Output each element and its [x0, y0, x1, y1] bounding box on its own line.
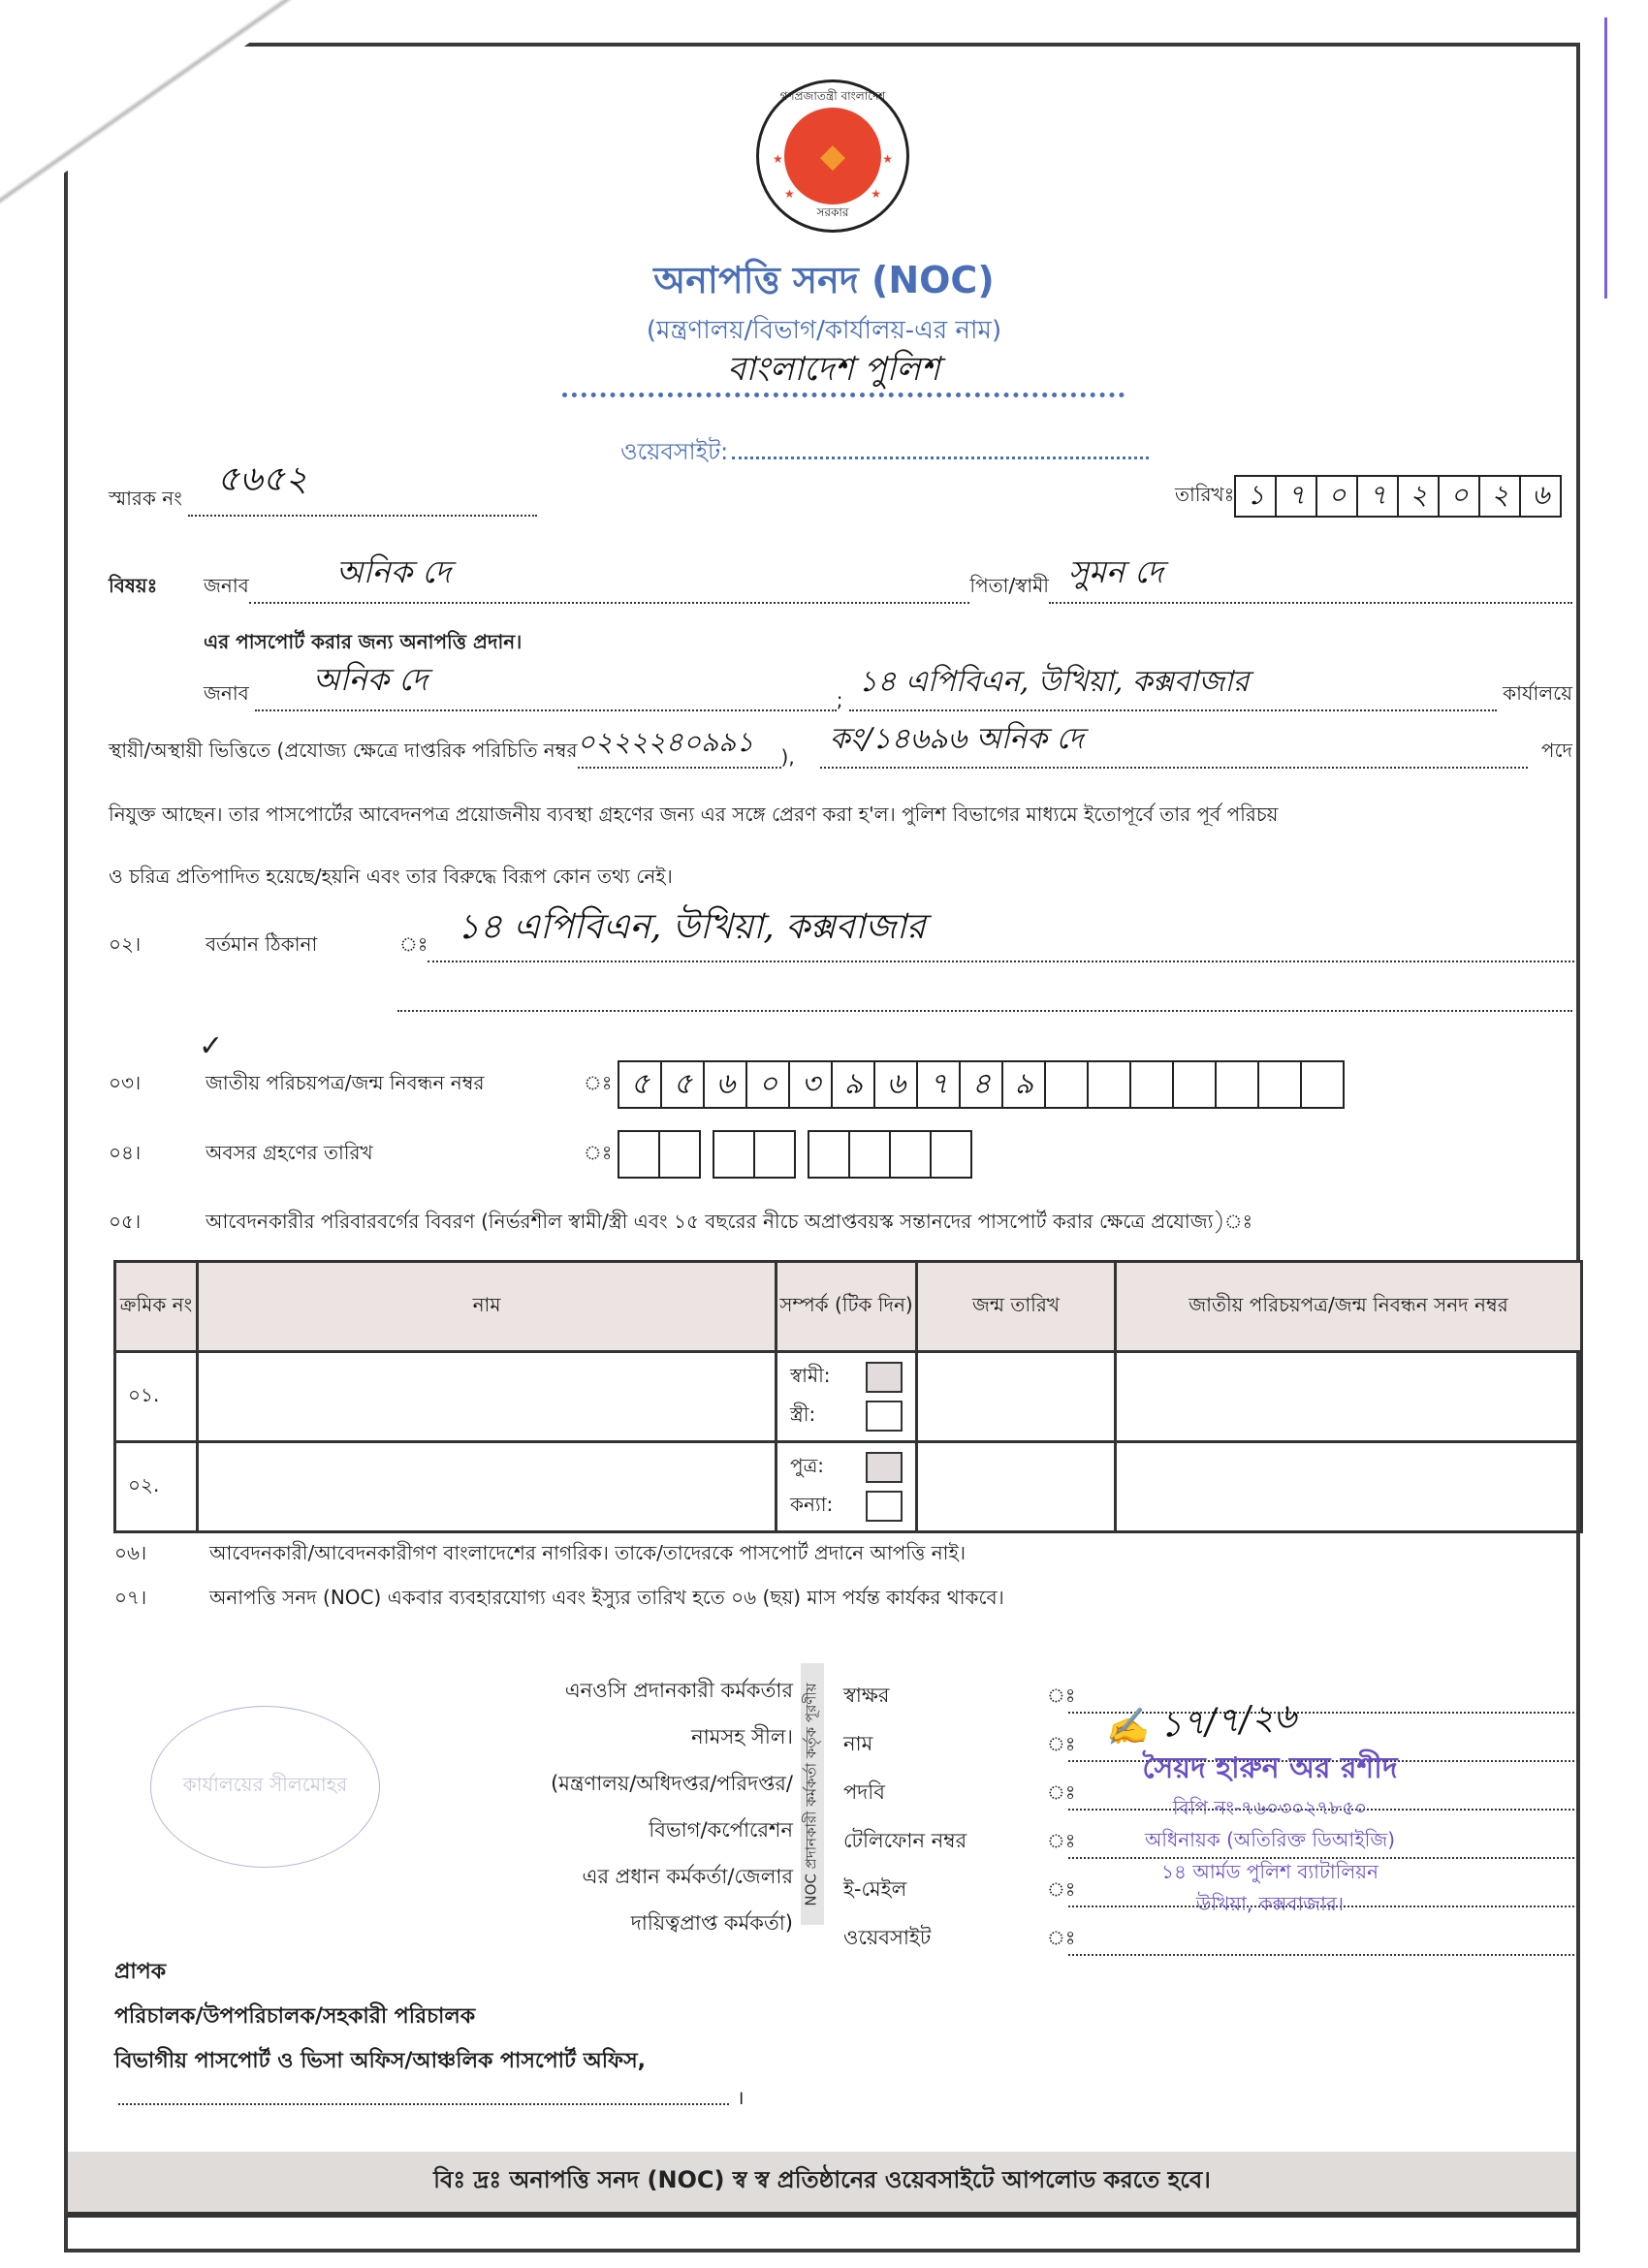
- officer-field-input[interactable]: [1068, 1935, 1578, 1956]
- star-icon: ★: [871, 187, 881, 201]
- nid-digit[interactable]: ৯: [833, 1062, 875, 1107]
- recipient-office-field[interactable]: [118, 2103, 729, 2105]
- officer-field-label: নাম: [843, 1728, 1047, 1762]
- memo-field[interactable]: ৫৬৫২: [188, 489, 537, 517]
- relation-label: পুত্র:: [790, 1452, 824, 1484]
- table-row: ০২. পুত্র: কন্যা:: [115, 1442, 1582, 1532]
- item-06-num: ০৬।: [114, 1539, 209, 1571]
- row-relation-cell: পুত্র: কন্যা:: [776, 1442, 917, 1532]
- relation-checkbox[interactable]: [866, 1401, 903, 1432]
- star-icon: ★: [882, 152, 893, 166]
- emblem-bottom-text: সরকার: [759, 205, 906, 224]
- recipient-end-mark: ।: [737, 2084, 745, 2110]
- stamp-designation: অধিনায়ক (অতিরিক্ত ডিআইজি): [1076, 1826, 1464, 1858]
- relation-label: স্ত্রী:: [790, 1401, 815, 1433]
- nid-digit[interactable]: ৫: [619, 1062, 662, 1107]
- relation-checkbox[interactable]: [866, 1452, 903, 1483]
- nid-digit[interactable]: ৭: [918, 1062, 961, 1107]
- date-digit[interactable]: ২: [1480, 477, 1521, 516]
- table-row: ০১. স্বামী: স্ত্রী:: [115, 1352, 1582, 1442]
- subject-row: বিষয়ঃ জনাব অনিক দে পিতা/স্বামী সুমন দে: [109, 572, 1572, 604]
- nid-digit[interactable]: [1089, 1062, 1131, 1107]
- officer-stamp: সৈয়দ হারুন অর রশীদ বিপি নং-৭৬০৩০২৭৮৫০ অ…: [1076, 1745, 1464, 1922]
- father-name-value: সুমন দে: [1068, 548, 1163, 600]
- nid-digit[interactable]: ৬: [705, 1062, 747, 1107]
- present-address-line-2[interactable]: [397, 1010, 1572, 1012]
- stamp-bp-number: বিপি নং-৭৬০৩০২৭৮৫০: [1076, 1794, 1464, 1826]
- row-relation-cell: স্বামী: স্ত্রী:: [776, 1352, 917, 1442]
- star-icon: ★: [784, 187, 795, 201]
- nid-digit[interactable]: [1046, 1062, 1089, 1107]
- present-address-value: ১৪ এপিবিএন, উখিয়া, কক্সবাজার: [457, 900, 925, 959]
- family-table: ক্রমিক নং নাম সম্পর্ক (টিক দিন) জন্ম তার…: [113, 1260, 1583, 1533]
- footer-note: বিঃ দ্রঃ অনাপত্তি সনদ (NOC) স্ব স্ব প্রত…: [68, 2152, 1576, 2218]
- date-row: তারিখঃ ১৭০৭২০২৬: [1175, 475, 1562, 518]
- nid-boxes[interactable]: ৫৫৬০৩৯৬৭৪৯: [618, 1060, 1345, 1109]
- row-nid-cell[interactable]: [1116, 1442, 1582, 1532]
- item-02-label: বর্তমান ঠিকানা: [206, 930, 399, 962]
- officer-field-label: পদবি: [843, 1777, 1047, 1811]
- folded-corner: [0, 0, 310, 218]
- officer-field-label: ওয়েবসাইট: [843, 1922, 1047, 1956]
- emblem-top-text: গণপ্রজাতন্ত্রী বাংলাদেশ: [759, 88, 906, 108]
- officer-desc-line: (মন্ত্রণালয়/অধিদপ্তর/পরিদপ্তর/: [427, 1760, 793, 1807]
- date-digit[interactable]: ০: [1317, 477, 1358, 516]
- row-dob-cell[interactable]: [917, 1352, 1116, 1442]
- page-title: অনাপত্তি সনদ (NOC): [0, 252, 1648, 314]
- office-field[interactable]: ১৪ এপিবিএন, উখিয়া, কক্সবাজার: [849, 678, 1498, 711]
- recipient-line-2: বিভাগীয় পাসপোর্ট ও ভিসা অফিস/আঞ্চলিক পা…: [114, 2039, 646, 2084]
- officer-desc-line: এনওসি প্রদানকারী কর্মকর্তার: [427, 1667, 793, 1714]
- body-row-1: জনাব অনিক দে ; ১৪ এপিবিএন, উখিয়া, কক্সব…: [204, 678, 1572, 711]
- post-value: কং/১৪৬৯৬ অনিক দে: [830, 715, 1084, 765]
- date-digit[interactable]: ৬: [1521, 477, 1560, 516]
- row-name-cell[interactable]: [198, 1352, 776, 1442]
- officer-field-label: টেলিফোন নম্বর: [843, 1825, 1047, 1859]
- item-05-label: আবেদনকারীর পরিবারবর্গের বিবরণ (নির্ভরশীল…: [206, 1208, 1252, 1240]
- row-dob-cell[interactable]: [917, 1442, 1116, 1532]
- memo-row: স্মারক নং ৫৬৫২: [109, 485, 537, 517]
- col-name: নাম: [198, 1262, 776, 1352]
- recipient-block: প্রাপক পরিচালক/উপপরিচালক/সহকারী পরিচালক …: [114, 1950, 646, 2084]
- stamp-unit: ১৪ আর্মড পুলিশ ব্যাটালিয়ন: [1076, 1858, 1464, 1890]
- subject-label: বিষয়ঃ: [109, 572, 204, 604]
- government-emblem: গণপ্রজাতন্ত্রী বাংলাদেশ ◆ ★ ★ ★ ★ সরকার: [756, 79, 909, 233]
- body-paragraph-1: নিযুক্ত আছেন। তার পাসপোর্টের আবেদনপত্র প…: [109, 801, 1572, 833]
- vertical-noc-label: NOC প্রদানকারী কর্মকর্তা কর্তৃক পূরণীয়: [801, 1663, 824, 1925]
- item-05-num: ০৫।: [109, 1208, 206, 1240]
- officer-desc-line: নামসহ সীল।: [427, 1714, 793, 1760]
- item-03-num: ০৩।: [109, 1069, 206, 1101]
- website-label: ওয়েবসাইট:: [620, 438, 728, 465]
- father-name-field[interactable]: সুমন দে: [1049, 573, 1572, 604]
- nid-digit[interactable]: ০: [747, 1062, 790, 1107]
- row-serial: ০১.: [115, 1352, 198, 1442]
- officer-field-label: স্বাক্ষর: [843, 1680, 1047, 1714]
- date-digit[interactable]: ২: [1399, 477, 1440, 516]
- item-07-num: ০৭।: [114, 1584, 209, 1616]
- nid-digit[interactable]: [1302, 1062, 1343, 1107]
- father-label: পিতা/স্বামী: [969, 572, 1049, 604]
- post-suffix: পদে: [1541, 737, 1572, 769]
- date-digit[interactable]: ৭: [1358, 477, 1399, 516]
- item-04-num: ০৪।: [109, 1139, 206, 1171]
- website-field[interactable]: [732, 457, 1149, 459]
- official-id-field[interactable]: ০২২২২৪০৯৯১: [578, 738, 781, 769]
- body-row-2: স্থায়ী/অস্থায়ী ভিত্তিতে (প্রযোজ্য ক্ষে…: [109, 737, 1572, 769]
- official-id-close: ),: [781, 745, 795, 769]
- ministry-underline: [562, 393, 1125, 397]
- body-paragraph-2: ও চরিত্র প্রতিপাদিত হয়েছে/হয়নি এবং তার…: [109, 863, 673, 895]
- date-digit[interactable]: ৭: [1277, 477, 1317, 516]
- nid-digit[interactable]: ৬: [875, 1062, 918, 1107]
- officer-desc-line: বিভাগ/কর্পোরেশন: [427, 1807, 793, 1853]
- nid-digit[interactable]: ৪: [961, 1062, 1003, 1107]
- emblem-sun-icon: ◆: [784, 108, 881, 205]
- nid-digit[interactable]: ৫: [662, 1062, 705, 1107]
- ministry-name-field[interactable]: বাংলাদেশ পুলিশ: [562, 344, 1105, 399]
- retirement-date-boxes[interactable]: [618, 1130, 972, 1179]
- officer-desc-line: দায়িত্বপ্রাপ্ত কর্মকর্তা): [427, 1900, 793, 1946]
- official-id-value: ০২২২২৪০৯৯১: [578, 721, 754, 767]
- col-dob: জন্ম তারিখ: [917, 1262, 1116, 1352]
- website-row: ওয়েবসাইট:: [620, 434, 1149, 473]
- date-label: তারিখঃ: [1175, 481, 1234, 513]
- nid-digit[interactable]: [1174, 1062, 1217, 1107]
- item-03-row: ০৩। জাতীয় পরিচয়পত্র/জন্ম নিবন্ধন নম্বর…: [109, 1060, 1345, 1109]
- recipient-line-1: পরিচালক/উপপরিচালক/সহকারী পরিচালক: [114, 1995, 646, 2039]
- item-03-label: জাতীয় পরিচয়পত্র/জন্ম নিবন্ধন নম্বর: [206, 1069, 584, 1101]
- col-relation: সম্পর্ক (টিক দিন): [776, 1262, 917, 1352]
- item-07-label: অনাপত্তি সনদ (NOC) একবার ব্যবহারযোগ্য এব…: [209, 1584, 1004, 1616]
- subject-name-field[interactable]: অনিক দে: [249, 573, 970, 604]
- body-mr-label: জনাব: [204, 679, 249, 711]
- date-digit[interactable]: ০: [1440, 477, 1480, 516]
- officer-desc-line: এর প্রধান কর্মকর্তা/জেলার: [427, 1853, 793, 1900]
- office-suffix: কার্যালয়ে: [1503, 679, 1572, 711]
- relation-label: স্বামী:: [790, 1362, 831, 1394]
- officer-description: এনওসি প্রদানকারী কর্মকর্তার নামসহ সীল। (…: [427, 1667, 793, 1946]
- basis-text: স্থায়ী/অস্থায়ী ভিত্তিতে (প্রযোজ্য ক্ষে…: [109, 737, 578, 769]
- item-02-num: ০২।: [109, 930, 206, 962]
- officer-field-label: ই-মেইল: [843, 1874, 1047, 1907]
- item-04-label: অবসর গ্রহণের তারিখ: [206, 1139, 584, 1171]
- subject-mr-label: জনাব: [204, 572, 249, 604]
- row-nid-cell[interactable]: [1116, 1352, 1582, 1442]
- stamp-location: উখিয়া, কক্সবাজার।: [1076, 1890, 1464, 1922]
- col-nid: জাতীয় পরিচয়পত্র/জন্ম নিবন্ধন সনদ নম্বর: [1116, 1262, 1582, 1352]
- office-value: ১৪ এপিবিএন, উখিয়া, কক্সবাজার: [859, 658, 1250, 708]
- nid-digit[interactable]: ৩: [790, 1062, 833, 1107]
- col-serial: ক্রমিক নং: [115, 1262, 198, 1352]
- body-name-value: অনিক দে: [313, 655, 428, 708]
- relation-label: কন্যা:: [790, 1491, 833, 1523]
- nid-digit[interactable]: [1259, 1062, 1302, 1107]
- item-04-row: ০৪। অবসর গ্রহণের তারিখ ঃ: [109, 1130, 972, 1179]
- recipient-label: প্রাপক: [114, 1950, 646, 1995]
- date-digit[interactable]: ১: [1236, 477, 1277, 516]
- date-boxes[interactable]: ১৭০৭২০২৬: [1234, 475, 1562, 518]
- stamp-name: সৈয়দ হারুন অর রশীদ: [1076, 1745, 1464, 1794]
- row-name-cell[interactable]: [198, 1442, 776, 1532]
- memo-value: ৫৬৫২: [217, 453, 308, 511]
- post-field[interactable]: কং/১৪৬৯৬ অনিক দে: [820, 738, 1528, 769]
- office-seal-placeholder: কার্যালয়ের সীলমোহর: [150, 1706, 380, 1868]
- present-address-field[interactable]: ১৪ এপিবিএন, উখিয়া, কক্সবাজার: [428, 926, 1574, 962]
- nid-digit[interactable]: ৯: [1003, 1062, 1046, 1107]
- relation-checkbox[interactable]: [866, 1362, 903, 1393]
- nid-digit[interactable]: [1217, 1062, 1259, 1107]
- item-07-row: ০৭। অনাপত্তি সনদ (NOC) একবার ব্যবহারযোগ্…: [114, 1584, 1004, 1616]
- item-06-row: ০৬। আবেদনকারী/আবেদনকারীগণ বাংলাদেশের নাগ…: [114, 1539, 966, 1571]
- relation-checkbox[interactable]: [866, 1491, 903, 1522]
- checkmark-icon: ✓: [199, 1029, 223, 1063]
- body-name-field[interactable]: অনিক দে: [255, 678, 837, 711]
- nid-digit[interactable]: [1131, 1062, 1174, 1107]
- item-05-row: ০৫। আবেদনকারীর পরিবারবর্গের বিবরণ (নির্ভ…: [109, 1208, 1252, 1240]
- subject-name-value: অনিক দে: [336, 548, 451, 600]
- item-02-row: ০২। বর্তমান ঠিকানা ঃ ১৪ এপিবিএন, উখিয়া,…: [109, 926, 1574, 962]
- star-icon: ★: [773, 152, 783, 166]
- row-serial: ০২.: [115, 1442, 198, 1532]
- memo-label: স্মারক নং: [109, 485, 182, 517]
- item-06-label: আবেদনকারী/আবেদনকারীগণ বাংলাদেশের নাগরিক।…: [209, 1539, 966, 1571]
